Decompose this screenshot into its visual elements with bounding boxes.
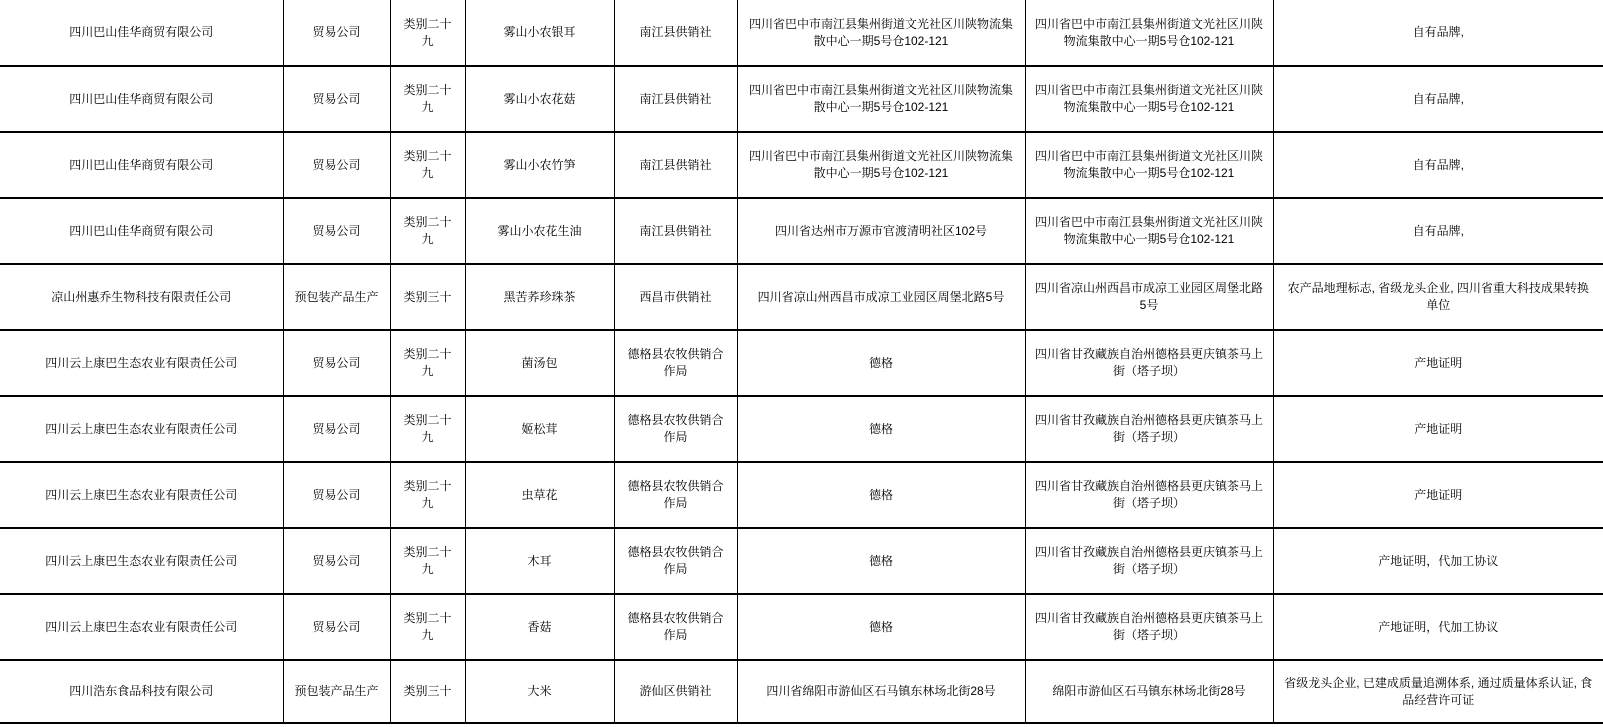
product-name-cell: 大米 [465, 660, 614, 723]
table-body: 四川巴山佳华商贸有限公司贸易公司类别二十九雾山小农银耳南江县供销社四川省巴中市南… [0, 0, 1603, 723]
product-name-cell: 木耳 [465, 528, 614, 594]
address-2-cell: 四川省巴中市南江县集州街道文光社区川陕物流集散中心一期5号仓102-121 [1025, 198, 1273, 264]
table-row: 四川云上康巴生态农业有限责任公司贸易公司类别二十九虫草花德格县农牧供销合作局德格… [0, 462, 1603, 528]
certification-notes-cell: 自有品牌, [1273, 66, 1603, 132]
table-row: 四川浩东食品科技有限公司预包装产品生产类别三十大米游仙区供销社四川省绵阳市游仙区… [0, 660, 1603, 723]
supply-org-cell: 南江县供销社 [614, 132, 737, 198]
certification-notes-cell: 自有品牌, [1273, 0, 1603, 66]
supply-org-cell: 南江县供销社 [614, 198, 737, 264]
company-name-cell: 四川浩东食品科技有限公司 [0, 660, 283, 723]
address-2-cell: 四川省巴中市南江县集州街道文光社区川陕物流集散中心一期5号仓102-121 [1025, 0, 1273, 66]
table-row: 凉山州惠乔生物科技有限责任公司预包装产品生产类别三十黑苦荞珍珠茶西昌市供销社四川… [0, 264, 1603, 330]
supply-org-cell: 德格县农牧供销合作局 [614, 330, 737, 396]
certification-notes-cell: 产地证明，代加工协议 [1273, 528, 1603, 594]
company-name-cell: 四川巴山佳华商贸有限公司 [0, 132, 283, 198]
supply-org-cell: 西昌市供销社 [614, 264, 737, 330]
address-2-cell: 绵阳市游仙区石马镇东林场北街28号 [1025, 660, 1273, 723]
table-row: 四川云上康巴生态农业有限责任公司贸易公司类别二十九木耳德格县农牧供销合作局德格四… [0, 528, 1603, 594]
company-name-cell: 四川云上康巴生态农业有限责任公司 [0, 528, 283, 594]
address-1-cell: 四川省巴中市南江县集州街道文光社区川陕物流集散中心一期5号仓102-121 [737, 132, 1025, 198]
certification-notes-cell: 农产品地理标志, 省级龙头企业, 四川省重大科技成果转换单位 [1273, 264, 1603, 330]
supply-org-cell: 德格县农牧供销合作局 [614, 528, 737, 594]
category-cell: 类别三十 [390, 264, 465, 330]
company-type-cell: 贸易公司 [283, 528, 390, 594]
product-name-cell: 黑苦荞珍珠茶 [465, 264, 614, 330]
address-2-cell: 四川省巴中市南江县集州街道文光社区川陕物流集散中心一期5号仓102-121 [1025, 132, 1273, 198]
company-type-cell: 贸易公司 [283, 66, 390, 132]
company-type-cell: 贸易公司 [283, 462, 390, 528]
table-row: 四川巴山佳华商贸有限公司贸易公司类别二十九雾山小农花菇南江县供销社四川省巴中市南… [0, 66, 1603, 132]
category-cell: 类别二十九 [390, 132, 465, 198]
address-1-cell: 四川省凉山州西昌市成凉工业园区周堡北路5号 [737, 264, 1025, 330]
product-name-cell: 香菇 [465, 594, 614, 660]
address-1-cell: 四川省达州市万源市官渡清明社区102号 [737, 198, 1025, 264]
certification-notes-cell: 产地证明 [1273, 462, 1603, 528]
category-cell: 类别二十九 [390, 330, 465, 396]
table-row: 四川巴山佳华商贸有限公司贸易公司类别二十九雾山小农花生油南江县供销社四川省达州市… [0, 198, 1603, 264]
category-cell: 类别二十九 [390, 198, 465, 264]
product-name-cell: 雾山小农银耳 [465, 0, 614, 66]
supply-org-cell: 德格县农牧供销合作局 [614, 462, 737, 528]
company-name-cell: 四川巴山佳华商贸有限公司 [0, 198, 283, 264]
certification-notes-cell: 省级龙头企业, 已建成质量追溯体系, 通过质量体系认证, 食品经营许可证 [1273, 660, 1603, 723]
company-name-cell: 四川云上康巴生态农业有限责任公司 [0, 330, 283, 396]
supplier-product-table: 四川巴山佳华商贸有限公司贸易公司类别二十九雾山小农银耳南江县供销社四川省巴中市南… [0, 0, 1603, 724]
address-1-cell: 四川省绵阳市游仙区石马镇东林场北街28号 [737, 660, 1025, 723]
category-cell: 类别二十九 [390, 0, 465, 66]
company-name-cell: 凉山州惠乔生物科技有限责任公司 [0, 264, 283, 330]
product-name-cell: 虫草花 [465, 462, 614, 528]
certification-notes-cell: 自有品牌, [1273, 198, 1603, 264]
company-type-cell: 贸易公司 [283, 0, 390, 66]
category-cell: 类别二十九 [390, 462, 465, 528]
address-1-cell: 德格 [737, 594, 1025, 660]
category-cell: 类别二十九 [390, 66, 465, 132]
address-2-cell: 四川省巴中市南江县集州街道文光社区川陕物流集散中心一期5号仓102-121 [1025, 66, 1273, 132]
certification-notes-cell: 产地证明 [1273, 396, 1603, 462]
table-row: 四川云上康巴生态农业有限责任公司贸易公司类别二十九香菇德格县农牧供销合作局德格四… [0, 594, 1603, 660]
certification-notes-cell: 产地证明，代加工协议 [1273, 594, 1603, 660]
address-2-cell: 四川省甘孜藏族自治州德格县更庆镇茶马上街（塔子坝） [1025, 330, 1273, 396]
company-type-cell: 贸易公司 [283, 132, 390, 198]
product-name-cell: 雾山小农花菇 [465, 66, 614, 132]
product-name-cell: 姬松茸 [465, 396, 614, 462]
company-type-cell: 贸易公司 [283, 594, 390, 660]
company-type-cell: 贸易公司 [283, 396, 390, 462]
certification-notes-cell: 产地证明 [1273, 330, 1603, 396]
company-type-cell: 预包装产品生产 [283, 660, 390, 723]
table-row: 四川云上康巴生态农业有限责任公司贸易公司类别二十九姬松茸德格县农牧供销合作局德格… [0, 396, 1603, 462]
table-row: 四川巴山佳华商贸有限公司贸易公司类别二十九雾山小农银耳南江县供销社四川省巴中市南… [0, 0, 1603, 66]
category-cell: 类别二十九 [390, 528, 465, 594]
address-2-cell: 四川省甘孜藏族自治州德格县更庆镇茶马上街（塔子坝） [1025, 594, 1273, 660]
address-1-cell: 德格 [737, 330, 1025, 396]
address-2-cell: 四川省甘孜藏族自治州德格县更庆镇茶马上街（塔子坝） [1025, 462, 1273, 528]
product-name-cell: 雾山小农花生油 [465, 198, 614, 264]
company-type-cell: 贸易公司 [283, 330, 390, 396]
address-1-cell: 四川省巴中市南江县集州街道文光社区川陕物流集散中心一期5号仓102-121 [737, 66, 1025, 132]
supply-org-cell: 南江县供销社 [614, 66, 737, 132]
address-2-cell: 四川省甘孜藏族自治州德格县更庆镇茶马上街（塔子坝） [1025, 396, 1273, 462]
company-name-cell: 四川云上康巴生态农业有限责任公司 [0, 594, 283, 660]
address-1-cell: 德格 [737, 462, 1025, 528]
company-name-cell: 四川巴山佳华商贸有限公司 [0, 66, 283, 132]
category-cell: 类别二十九 [390, 396, 465, 462]
supply-org-cell: 德格县农牧供销合作局 [614, 396, 737, 462]
company-name-cell: 四川云上康巴生态农业有限责任公司 [0, 462, 283, 528]
company-name-cell: 四川云上康巴生态农业有限责任公司 [0, 396, 283, 462]
certification-notes-cell: 自有品牌, [1273, 132, 1603, 198]
address-2-cell: 四川省甘孜藏族自治州德格县更庆镇茶马上街（塔子坝） [1025, 528, 1273, 594]
product-name-cell: 菌汤包 [465, 330, 614, 396]
supply-org-cell: 游仙区供销社 [614, 660, 737, 723]
company-type-cell: 贸易公司 [283, 198, 390, 264]
address-1-cell: 德格 [737, 528, 1025, 594]
category-cell: 类别三十 [390, 660, 465, 723]
page: 四川巴山佳华商贸有限公司贸易公司类别二十九雾山小农银耳南江县供销社四川省巴中市南… [0, 0, 1603, 727]
address-1-cell: 德格 [737, 396, 1025, 462]
company-name-cell: 四川巴山佳华商贸有限公司 [0, 0, 283, 66]
category-cell: 类别二十九 [390, 594, 465, 660]
product-name-cell: 雾山小农竹笋 [465, 132, 614, 198]
supply-org-cell: 南江县供销社 [614, 0, 737, 66]
company-type-cell: 预包装产品生产 [283, 264, 390, 330]
table-row: 四川云上康巴生态农业有限责任公司贸易公司类别二十九菌汤包德格县农牧供销合作局德格… [0, 330, 1603, 396]
supply-org-cell: 德格县农牧供销合作局 [614, 594, 737, 660]
address-1-cell: 四川省巴中市南江县集州街道文光社区川陕物流集散中心一期5号仓102-121 [737, 0, 1025, 66]
address-2-cell: 四川省凉山州西昌市成凉工业园区周堡北路5号 [1025, 264, 1273, 330]
table-row: 四川巴山佳华商贸有限公司贸易公司类别二十九雾山小农竹笋南江县供销社四川省巴中市南… [0, 132, 1603, 198]
